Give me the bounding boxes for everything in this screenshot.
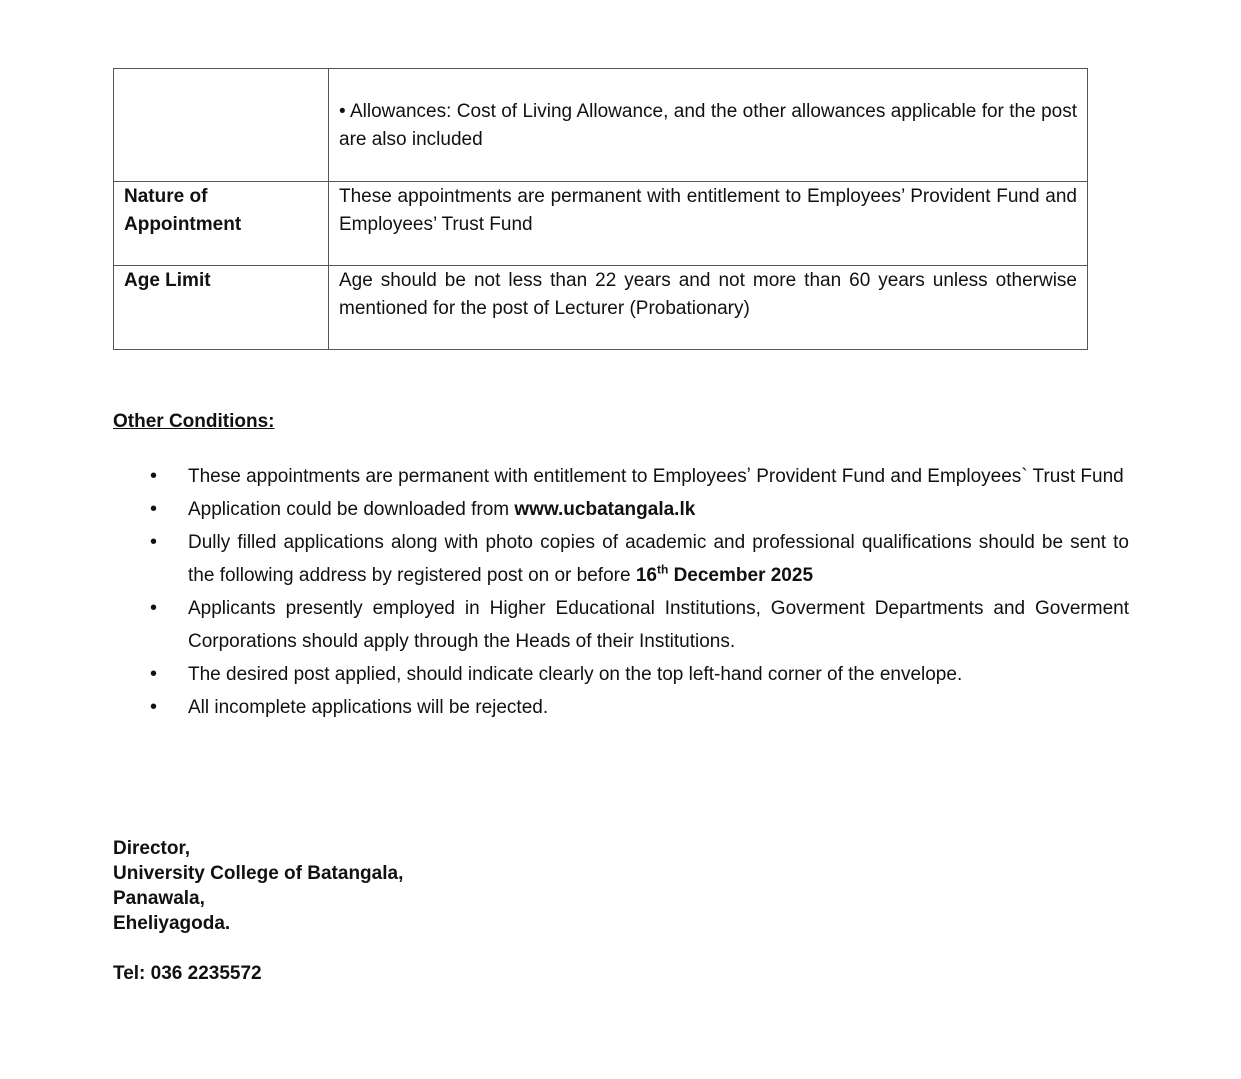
condition-text: Applicants presently employed in Higher … bbox=[188, 598, 1129, 652]
table-row-age-limit: Age Limit Age should be not less than 22… bbox=[114, 266, 1088, 350]
bullet-icon: • bbox=[150, 691, 157, 724]
condition-text: All incomplete applications will be reje… bbox=[188, 697, 548, 718]
list-item: • Application could be downloaded from w… bbox=[113, 493, 1129, 526]
bullet-icon: • bbox=[150, 460, 157, 493]
row-value: Age should be not less than 22 years and… bbox=[329, 266, 1088, 350]
website-link[interactable]: www.ucbatangala.lk bbox=[514, 499, 695, 520]
bullet-icon: • bbox=[150, 658, 157, 691]
address-line: Director, bbox=[113, 836, 403, 861]
telephone-number: Tel: 036 2235572 bbox=[113, 961, 262, 986]
table-row-nature-of-appointment: Nature of Appointment These appointments… bbox=[114, 182, 1088, 266]
bullet-icon: • bbox=[150, 526, 157, 559]
row-label bbox=[114, 69, 329, 182]
row-label: Age Limit bbox=[114, 266, 329, 350]
bullet-icon: • bbox=[150, 493, 157, 526]
other-conditions-heading: Other Conditions: bbox=[113, 409, 274, 435]
address-line: Eheliyagoda. bbox=[113, 911, 403, 936]
condition-text: Dully filled applications along with pho… bbox=[188, 532, 1129, 586]
condition-text: These appointments are permanent with en… bbox=[188, 466, 1124, 487]
deadline-superscript: th bbox=[657, 563, 668, 577]
table-row-allowances: • Allowances: Cost of Living Allowance, … bbox=[114, 69, 1088, 182]
list-item: • All incomplete applications will be re… bbox=[113, 691, 1129, 724]
bullet-icon: • bbox=[150, 592, 157, 625]
conditions-list: • These appointments are permanent with … bbox=[113, 460, 1129, 724]
row-value: • Allowances: Cost of Living Allowance, … bbox=[329, 69, 1088, 182]
list-item: • Dully filled applications along with p… bbox=[113, 526, 1129, 592]
condition-text: The desired post applied, should indicat… bbox=[188, 664, 962, 685]
deadline-day: 16 bbox=[636, 565, 657, 586]
list-item: • The desired post applied, should indic… bbox=[113, 658, 1129, 691]
list-item: • Applicants presently employed in Highe… bbox=[113, 592, 1129, 658]
list-item: • These appointments are permanent with … bbox=[113, 460, 1129, 493]
row-value: These appointments are permanent with en… bbox=[329, 182, 1088, 266]
details-table: • Allowances: Cost of Living Allowance, … bbox=[113, 68, 1088, 350]
address-line: Panawala, bbox=[113, 886, 403, 911]
deadline-month-year: December 2025 bbox=[668, 565, 813, 586]
address-line: University College of Batangala, bbox=[113, 861, 403, 886]
mailing-address: Director, University College of Batangal… bbox=[113, 836, 403, 936]
condition-text: Application could be downloaded from bbox=[188, 499, 514, 520]
row-label: Nature of Appointment bbox=[114, 182, 329, 266]
